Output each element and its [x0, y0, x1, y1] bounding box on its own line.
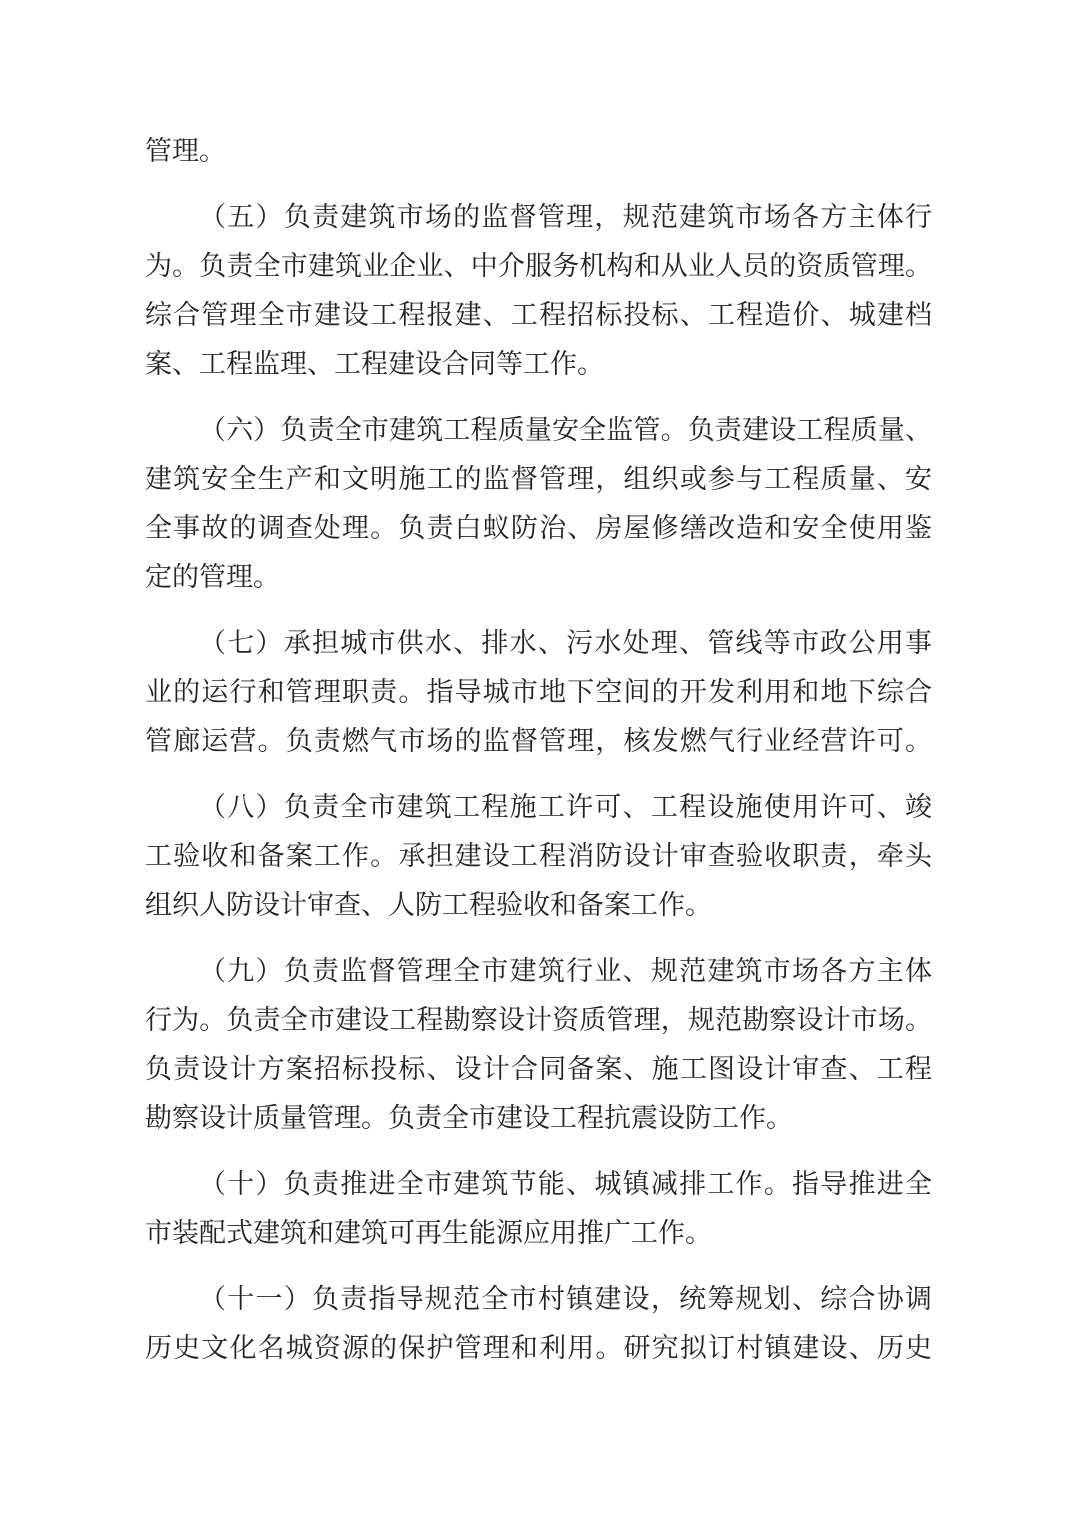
- text-line: （十）负责推进全市建筑节能、城镇减排工作。指导推进全: [145, 1160, 932, 1209]
- text-line: 组织人防设计审查、人防工程验收和备案工作。: [145, 881, 932, 930]
- text-line: （六）负责全市建筑工程质量安全监管。负责建设工程质量、: [145, 406, 932, 455]
- document-page: 管理。（五）负责建筑市场的监督管理，规范建筑市场各方主体行为。负责全市建筑业企业…: [0, 0, 1074, 1520]
- text-line: 业的运行和管理职责。指导城市地下空间的开发利用和地下综合: [145, 668, 932, 717]
- text-line: 全事故的调查处理。负责白蚁防治、房屋修缮改造和安全使用鉴: [145, 504, 932, 553]
- paragraph: （十）负责推进全市建筑节能、城镇减排工作。指导推进全市装配式建筑和建筑可再生能源…: [145, 1160, 932, 1258]
- paragraph: （九）负责监督管理全市建筑行业、规范建筑市场各方主体行为。负责全市建设工程勘察设…: [145, 947, 932, 1143]
- text-line: 行为。负责全市建设工程勘察设计资质管理，规范勘察设计市场。: [145, 996, 932, 1045]
- text-line: 为。负责全市建筑业企业、中介服务机构和从业人员的资质管理。: [145, 242, 932, 291]
- text-line: 勘察设计质量管理。负责全市建设工程抗震设防工作。: [145, 1094, 932, 1143]
- text-line: 案、工程监理、工程建设合同等工作。: [145, 340, 932, 389]
- document-body: 管理。（五）负责建筑市场的监督管理，规范建筑市场各方主体行为。负责全市建筑业企业…: [145, 127, 932, 1373]
- text-line: （七）承担城市供水、排水、污水处理、管线等市政公用事: [145, 619, 932, 668]
- paragraph: （七）承担城市供水、排水、污水处理、管线等市政公用事业的运行和管理职责。指导城市…: [145, 619, 932, 766]
- text-line: （九）负责监督管理全市建筑行业、规范建筑市场各方主体: [145, 947, 932, 996]
- text-line: 负责设计方案招标投标、设计合同备案、施工图设计审查、工程: [145, 1045, 932, 1094]
- text-line: （五）负责建筑市场的监督管理，规范建筑市场各方主体行: [145, 193, 932, 242]
- paragraph: （十一）负责指导规范全市村镇建设，统筹规划、综合协调历史文化名城资源的保护管理和…: [145, 1275, 932, 1373]
- paragraph: （六）负责全市建筑工程质量安全监管。负责建设工程质量、建筑安全生产和文明施工的监…: [145, 406, 932, 602]
- paragraph: （五）负责建筑市场的监督管理，规范建筑市场各方主体行为。负责全市建筑业企业、中介…: [145, 193, 932, 389]
- text-line: 定的管理。: [145, 553, 932, 602]
- paragraph: 管理。: [145, 127, 932, 176]
- text-line: （十一）负责指导规范全市村镇建设，统筹规划、综合协调: [145, 1275, 932, 1324]
- text-line: 管理。: [145, 127, 932, 176]
- text-line: 历史文化名城资源的保护管理和利用。研究拟订村镇建设、历史: [145, 1324, 932, 1373]
- text-line: 管廊运营。负责燃气市场的监督管理，核发燃气行业经营许可。: [145, 717, 932, 766]
- text-line: 工验收和备案工作。承担建设工程消防设计审查验收职责，牵头: [145, 832, 932, 881]
- text-line: （八）负责全市建筑工程施工许可、工程设施使用许可、竣: [145, 783, 932, 832]
- text-line: 综合管理全市建设工程报建、工程招标投标、工程造价、城建档: [145, 291, 932, 340]
- paragraph: （八）负责全市建筑工程施工许可、工程设施使用许可、竣工验收和备案工作。承担建设工…: [145, 783, 932, 930]
- text-line: 市装配式建筑和建筑可再生能源应用推广工作。: [145, 1209, 932, 1258]
- text-line: 建筑安全生产和文明施工的监督管理，组织或参与工程质量、安: [145, 455, 932, 504]
